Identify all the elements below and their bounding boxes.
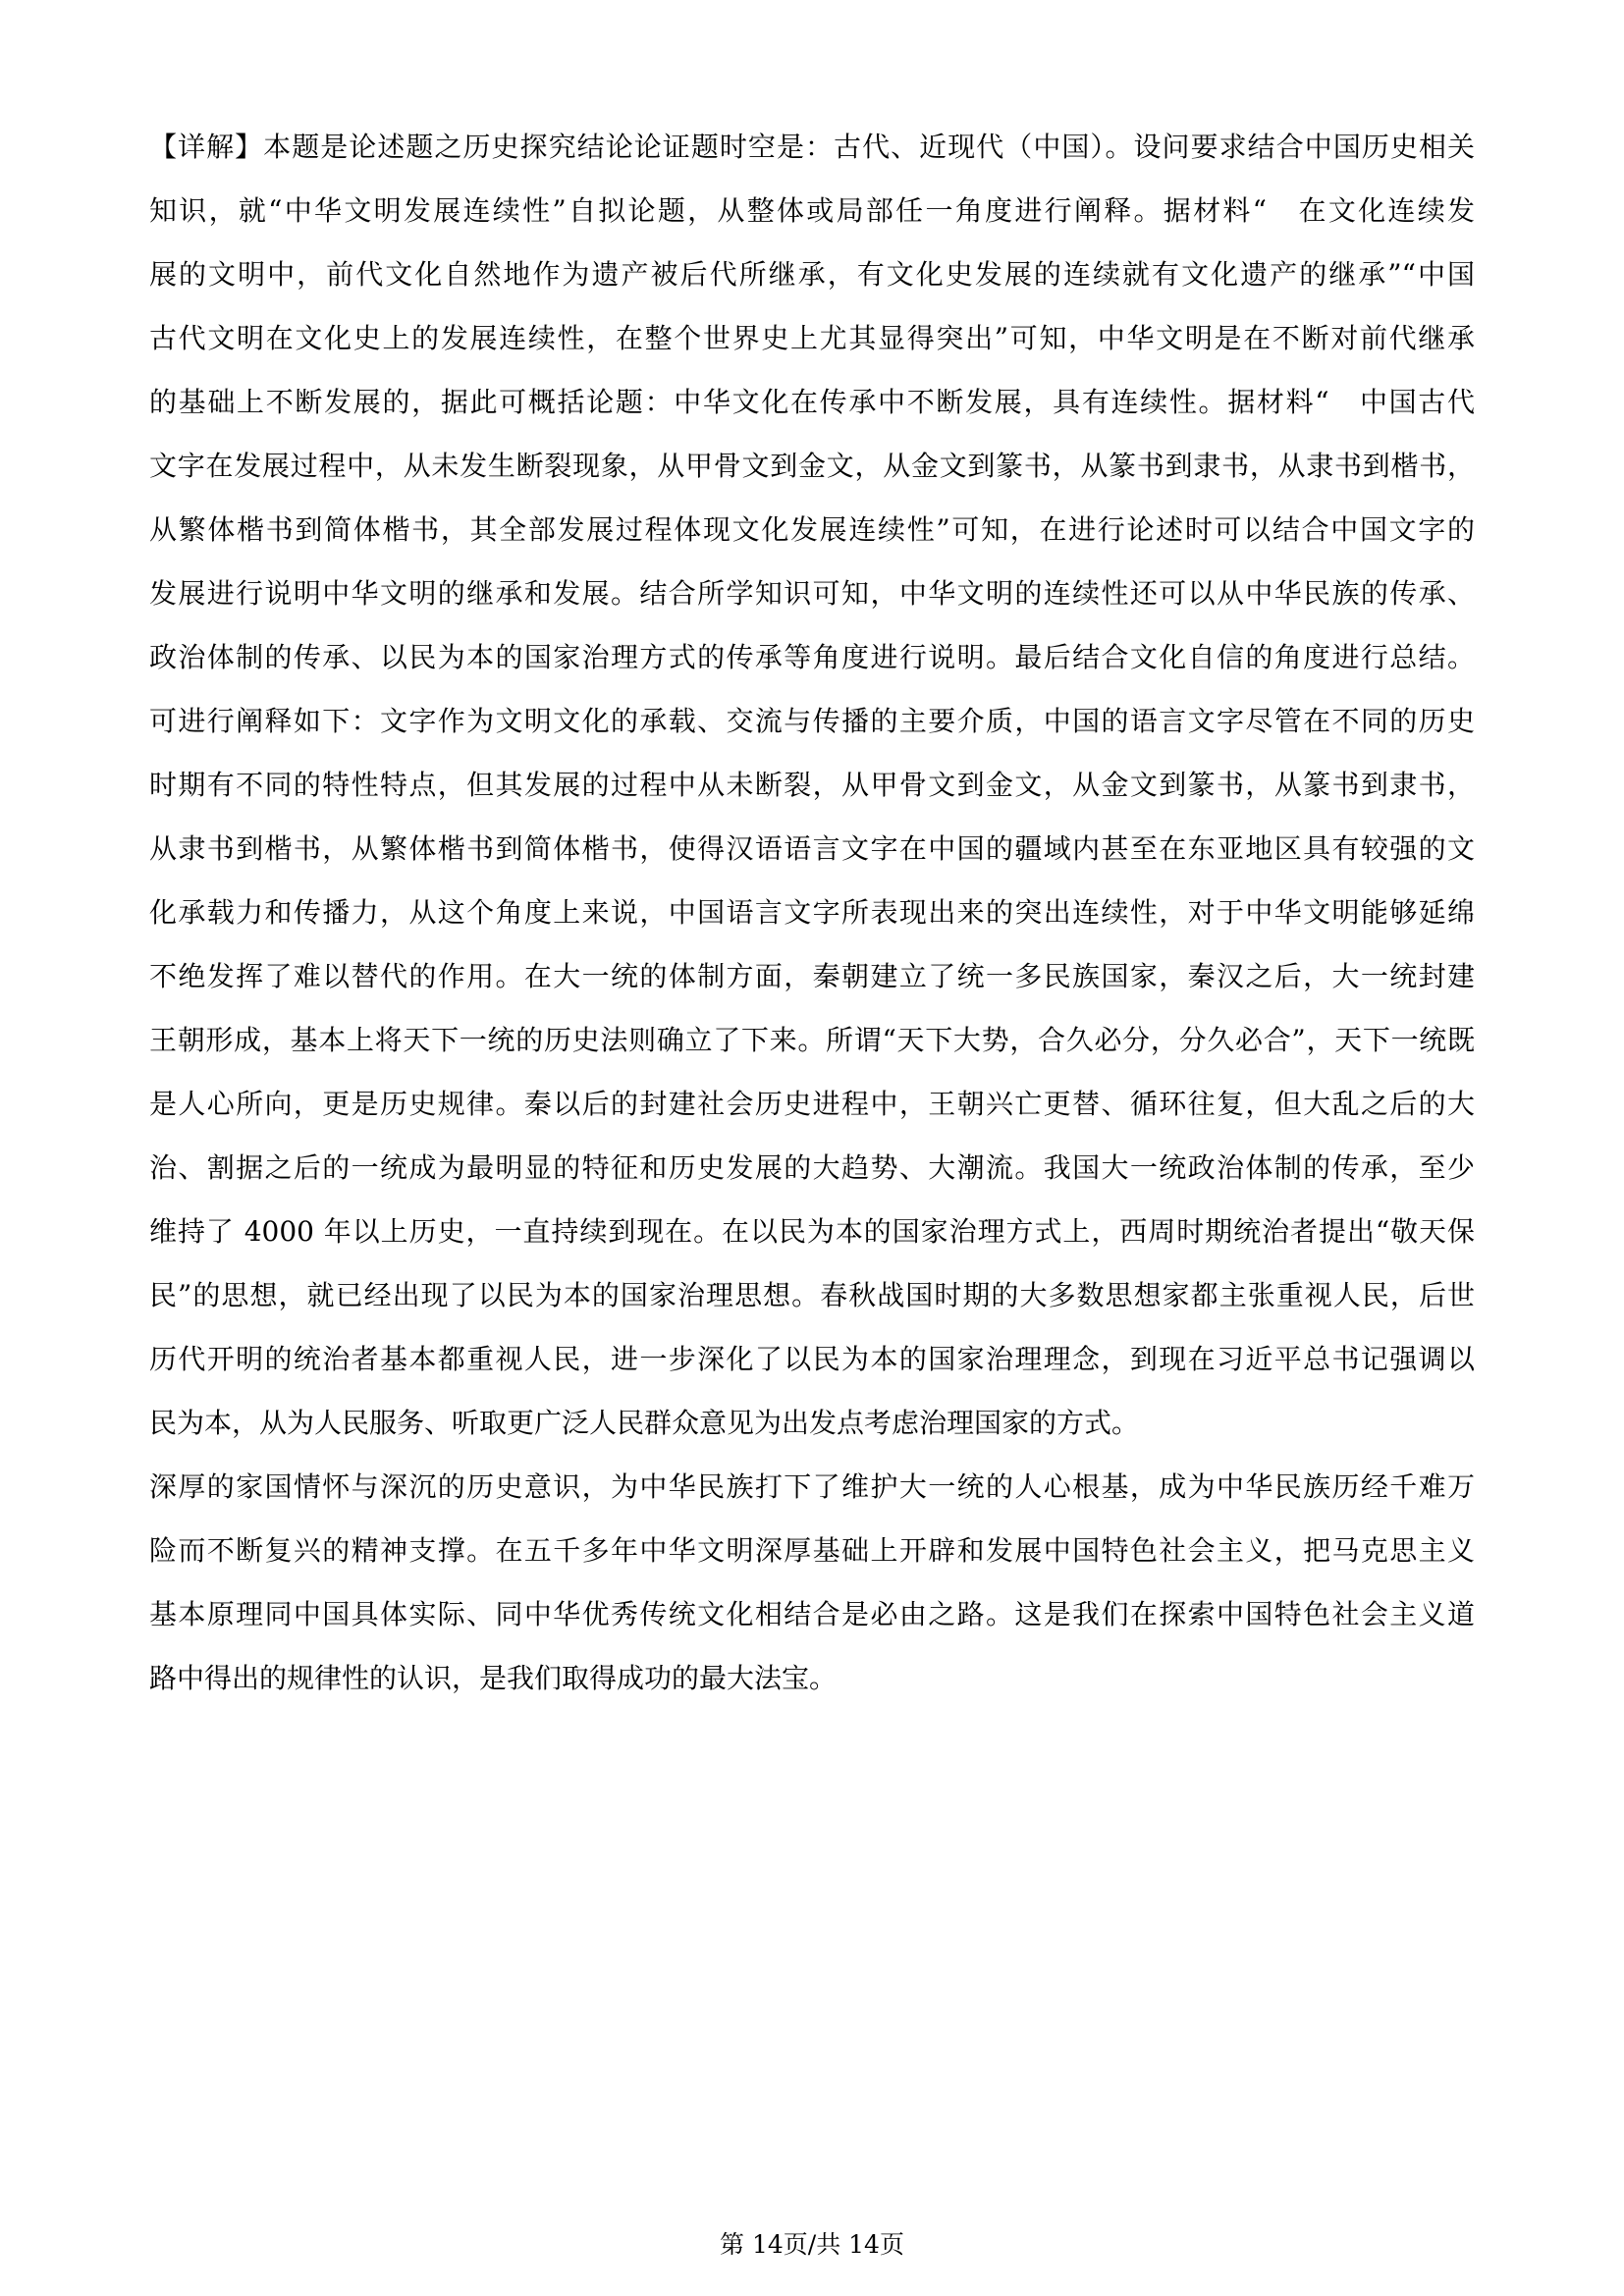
text-line: 从隶书到楷书，从繁体楷书到简体楷书，使得汉语语言文字在中国的疆域内甚至在东亚地区… [149, 817, 1475, 881]
text-line: 路中得出的规律性的认识，是我们取得成功的最大法宝。 [149, 1646, 1475, 1710]
text-line: 深厚的家国情怀与深沉的历史意识，为中华民族打下了维护大一统的人心根基，成为中华民… [149, 1455, 1475, 1519]
text-line: 治、割据之后的一统成为最明显的特征和历史发展的大趋势、大潮流。我国大一统政治体制… [149, 1136, 1475, 1200]
text-line: 王朝形成，基本上将天下一统的历史法则确立了下来。所谓“天下大势，合久必分，分久必… [149, 1008, 1475, 1072]
text-line: 的基础上不断发展的，据此可概括论题：中华文化在传承中不断发展，具有连续性。据材料… [149, 370, 1475, 434]
text-line: 基本原理同中国具体实际、同中华优秀传统文化相结合是必由之路。这是我们在探索中国特… [149, 1582, 1475, 1646]
text-line: 展的文明中，前代文化自然地作为遗产被后代所继承，有文化史发展的连续就有文化遗产的… [149, 242, 1475, 306]
text-line: 时期有不同的特性特点，但其发展的过程中从未断裂，从甲骨文到金文，从金文到篆书，从… [149, 753, 1475, 817]
text-line: 历代开明的统治者基本都重视人民，进一步深化了以民为本的国家治理理念，到现在习近平… [149, 1327, 1475, 1391]
text-line: 政治体制的传承、以民为本的国家治理方式的传承等角度进行说明。最后结合文化自信的角… [149, 625, 1475, 689]
text-line: 险而不断复兴的精神支撑。在五千多年中华文明深厚基础上开辟和发展中国特色社会主义，… [149, 1519, 1475, 1582]
document-page: { "page": { "background_color": "#ffffff… [0, 0, 1624, 2296]
text-line: 发展进行说明中华文明的继承和发展。结合所学知识可知，中华文明的连续性还可以从中华… [149, 561, 1475, 625]
text-line: 可进行阐释如下：文字作为文明文化的承载、交流与传播的主要介质，中国的语言文字尽管… [149, 689, 1475, 753]
page-number: 第 14页/共 14页 [720, 2230, 904, 2259]
text-line: 是人心所向，更是历史规律。秦以后的封建社会历史进程中，王朝兴亡更替、循环往复，但… [149, 1072, 1475, 1136]
text-line: 维持了 4000 年以上历史，一直持续到现在。在以民为本的国家治理方式上，西周时… [149, 1200, 1475, 1263]
document-body: 【详解】本题是论述题之历史探究结论论证题时空是：古代、近现代（中国）。设问要求结… [149, 115, 1475, 1710]
text-line: 民”的思想，就已经出现了以民为本的国家治理思想。春秋战国时期的大多数思想家都主张… [149, 1263, 1475, 1327]
text-line: 民为本，从为人民服务、听取更广泛人民群众意见为出发点考虑治理国家的方式。 [149, 1391, 1475, 1455]
page-footer: 第 14页/共 14页 [0, 2220, 1624, 2269]
text-line: 古代文明在文化史上的发展连续性，在整个世界史上尤其显得突出”可知，中华文明是在不… [149, 306, 1475, 370]
text-line: 知识，就“中华文明发展连续性”自拟论题，从整体或局部任一角度进行阐释。据材料“ … [149, 179, 1475, 242]
text-line: 从繁体楷书到简体楷书，其全部发展过程体现文化发展连续性”可知，在进行论述时可以结… [149, 498, 1475, 561]
text-line: 化承载力和传播力，从这个角度上来说，中国语言文字所表现出来的突出连续性，对于中华… [149, 881, 1475, 944]
text-line: 【详解】本题是论述题之历史探究结论论证题时空是：古代、近现代（中国）。设问要求结… [149, 115, 1475, 179]
text-line: 文字在发展过程中，从未发生断裂现象，从甲骨文到金文，从金文到篆书，从篆书到隶书，… [149, 434, 1475, 498]
text-line: 不绝发挥了难以替代的作用。在大一统的体制方面，秦朝建立了统一多民族国家，秦汉之后… [149, 944, 1475, 1008]
